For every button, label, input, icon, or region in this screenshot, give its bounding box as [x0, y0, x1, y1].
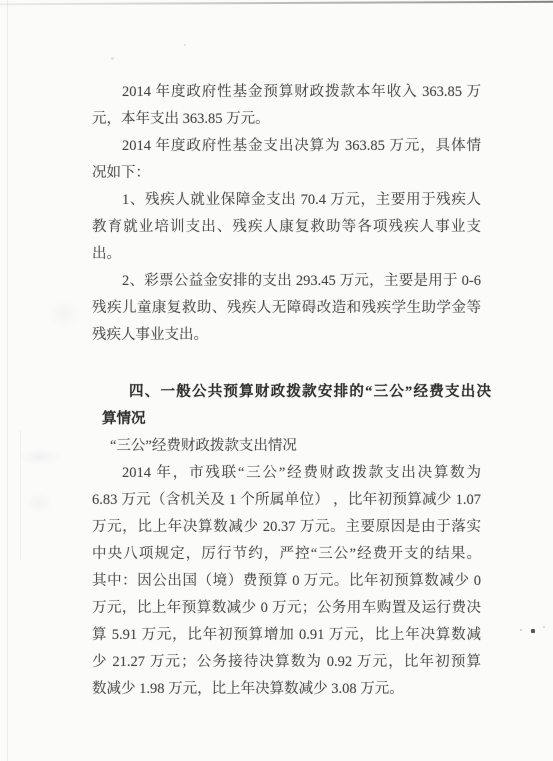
text-line: 算 5.91 万元，比年初预算增加 0.91 万元，比上年决算数减: [92, 622, 481, 649]
text-line: 出。: [92, 241, 481, 268]
text-line: 1、残疾人就业保障金支出 70.4 万元，主要用于残疾人: [92, 187, 481, 214]
document-text: 2014 年度政府性基金预算财政拨款本年收入 363.85 万元，本年支出 36…: [92, 0, 481, 703]
text-line: 数减少 1.98 万元，比上年决算数减少 3.08 万元。: [92, 676, 481, 703]
text-line: 其中：因公出国（境）费预算 0 万元。比年初预算数减少 0: [92, 568, 481, 595]
text-line: 2014 年度政府性基金预算财政拨款本年收入 363.85 万: [92, 79, 481, 106]
text-line: 少 21.27 万元；公务接待决算数为 0.92 万元，比年初预算: [92, 649, 481, 676]
text-line: 2、彩票公益金安排的支出 293.45 万元，主要是用于 0-6: [92, 268, 481, 295]
scan-speck: [531, 629, 535, 633]
text-line: 万元，比上年预算数减少 0 万元；公务用车购置及运行费决: [92, 595, 481, 622]
text-line: 2014 年度政府性基金支出决算为 363.85 万元，具体情: [92, 133, 481, 160]
text-line: 元，本年支出 363.85 万元。: [92, 106, 481, 133]
scan-smudge: [48, 300, 80, 328]
text-line: 2014 年，市残联“三公”经费财政拨款支出决算数为: [92, 460, 481, 487]
text-line: 残疾人事业支出。: [92, 322, 481, 349]
scan-left-line: [7, 0, 8, 761]
text-line: 中央八项规定，厉行节约，严控“三公”经费开支的结果。: [92, 541, 481, 568]
text-line: “三公”经费财政拨款支出情况: [92, 433, 481, 460]
scan-speck: [520, 629, 522, 631]
scanned-document-page: 2014 年度政府性基金预算财政拨款本年收入 363.85 万元，本年支出 36…: [0, 0, 553, 761]
text-line: 万元，比上年决算数减少 20.37 万元。主要原因是由于落实: [92, 514, 481, 541]
text-line: 6.83 万元（含机关及 1 个所属单位） ，比年初预算减少 1.07: [92, 487, 481, 514]
text-line: 况如下：: [92, 160, 481, 187]
scan-smudge: [18, 448, 62, 466]
text-line: 残疾儿童康复救助、残疾人无障碍改造和残疾学生助学金等: [92, 295, 481, 322]
scan-left-line-2: [20, 430, 21, 560]
scan-speck: [543, 626, 545, 628]
section-heading-line: 四、一般公共预算财政拨款安排的“三公”经费支出决: [102, 379, 491, 406]
scan-smudge: [26, 492, 52, 514]
text-line: 教育就业培训支出、残疾人康复救助等各项残疾人事业支: [92, 214, 481, 241]
section-heading-line: 算情况: [102, 406, 491, 433]
